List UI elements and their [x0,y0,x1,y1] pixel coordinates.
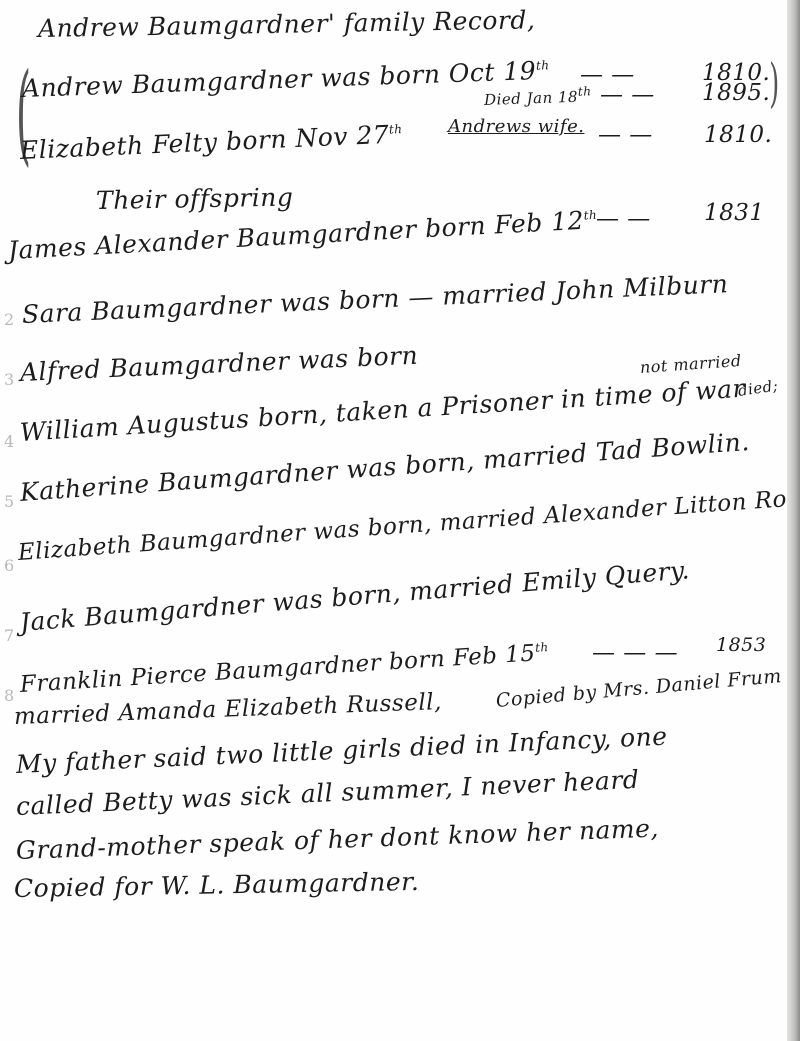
dates-bracket: ) [769,58,779,110]
child-8-dashes: — — — [592,640,678,666]
child-6-number: 6 [4,556,14,575]
parent-elizabeth-dashes: — — [598,122,653,148]
child-7-number: 7 [4,626,14,645]
child-1-year: 1831 [704,200,765,226]
parent-elizabeth-note: Andrews wife. [448,116,584,137]
child-8-married: married Amanda Elizabeth Russell, [14,689,443,730]
parent-andrew-died-dashes: — — [600,82,655,108]
child-4-number: 4 [4,432,14,451]
child-8-copied-note: Copied by Mrs. Daniel Frum [495,665,783,712]
child-8-year: 1853 [716,634,766,656]
child-2-number: 2 [4,310,14,329]
child-8-franklin: Franklin Pierce Baumgardner born Feb 15t… [19,640,550,698]
offspring-heading: Their offspring [96,183,294,215]
child-3-alfred: Alfred Baumgardner was born [19,341,418,387]
child-1-dashes: — — [596,206,651,232]
child-5-number: 5 [4,492,14,511]
parent-elizabeth-year: 1810. [704,122,772,148]
child-7-jack: Jack Baumgardner was born, married Emily… [19,555,691,637]
child-2-sara: Sara Baumgardner was born — married John… [21,269,728,329]
parent-andrew-died-year: 1895. [702,80,770,106]
child-8-number: 8 [4,686,14,705]
copied-for-footer: Copied for W. L. Baumgardner. [14,867,420,903]
document-page: Andrew Baumgardner' family Record, ( And… [0,0,787,1041]
child-4-insert-not-married: not married [639,351,742,377]
child-3-number: 3 [4,370,14,389]
note-line-3: Grand-mother speak of her dont know her … [15,814,659,865]
record-title: Andrew Baumgardner' family Record, [38,5,536,43]
parent-andrew-born: Andrew Baumgardner was born Oct 19th [21,56,550,103]
parent-elizabeth-felty: Elizabeth Felty born Nov 27th [19,119,403,165]
page-edge-shadow [787,0,800,1041]
parent-andrew-died: Died Jan 18th [484,84,592,109]
